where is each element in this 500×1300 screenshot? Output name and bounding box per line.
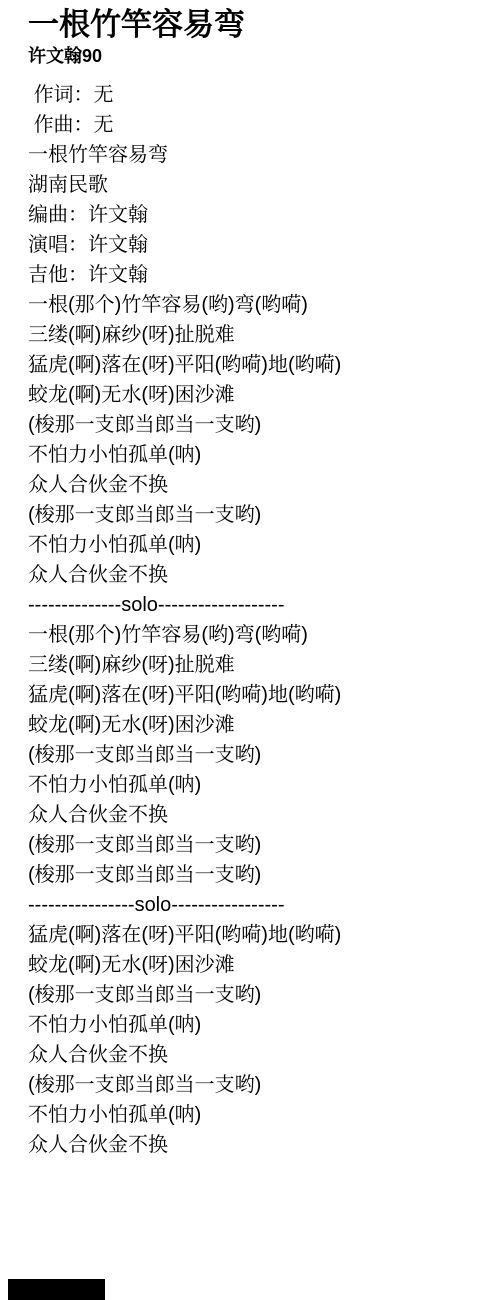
lyric-line: 作曲：无 <box>28 110 500 140</box>
lyric-line: 编曲：许文翰 <box>28 200 500 230</box>
lyric-line: 作词：无 <box>28 80 500 110</box>
lyric-line: 蛟龙(啊)无水(呀)困沙滩 <box>28 950 500 980</box>
lyric-line: ----------------solo----------------- <box>28 890 500 920</box>
lyric-line: (梭那一支郎当郎当一支哟) <box>28 830 500 860</box>
lyric-line: 一根(那个)竹竿容易(哟)弯(哟嗬) <box>28 620 500 650</box>
lyric-line: 不怕力小怕孤单(呐) <box>28 530 500 560</box>
lyric-line: 不怕力小怕孤单(呐) <box>28 1010 500 1040</box>
lyric-line: 猛虎(啊)落在(呀)平阳(哟嗬)地(哟嗬) <box>28 350 500 380</box>
lyrics-block: 作词：无 作曲：无一根竹竿容易弯湖南民歌编曲：许文翰演唱：许文翰吉他：许文翰一根… <box>0 80 500 1160</box>
lyric-line: 一根竹竿容易弯 <box>28 140 500 170</box>
lyrics-page: 一根竹竿容易弯 许文翰90 作词：无 作曲：无一根竹竿容易弯湖南民歌编曲：许文翰… <box>0 0 500 1300</box>
lyric-line: 众人合伙金不换 <box>28 560 500 590</box>
lyric-line: 三缕(啊)麻纱(呀)扯脱难 <box>28 320 500 350</box>
lyric-line: 吉他：许文翰 <box>28 260 500 290</box>
lyric-line: 三缕(啊)麻纱(呀)扯脱难 <box>28 650 500 680</box>
lyric-line: 湖南民歌 <box>28 170 500 200</box>
lyric-line: (梭那一支郎当郎当一支哟) <box>28 500 500 530</box>
lyric-line: 一根(那个)竹竿容易(哟)弯(哟嗬) <box>28 290 500 320</box>
lyric-line: 众人合伙金不换 <box>28 1040 500 1070</box>
lyric-line: 众人合伙金不换 <box>28 800 500 830</box>
artist-name: 许文翰90 <box>0 44 500 68</box>
lyric-line: --------------solo------------------- <box>28 590 500 620</box>
footer-bar <box>8 1279 105 1300</box>
lyric-line: (梭那一支郎当郎当一支哟) <box>28 980 500 1010</box>
lyric-line: (梭那一支郎当郎当一支哟) <box>28 410 500 440</box>
lyric-line: 演唱：许文翰 <box>28 230 500 260</box>
lyric-line: (梭那一支郎当郎当一支哟) <box>28 1070 500 1100</box>
lyric-line: 不怕力小怕孤单(呐) <box>28 1100 500 1130</box>
lyric-line: (梭那一支郎当郎当一支哟) <box>28 860 500 890</box>
page-title: 一根竹竿容易弯 <box>0 0 500 44</box>
lyric-line: 猛虎(啊)落在(呀)平阳(哟嗬)地(哟嗬) <box>28 680 500 710</box>
lyric-line: 众人合伙金不换 <box>28 1130 500 1160</box>
lyric-line: 蛟龙(啊)无水(呀)困沙滩 <box>28 710 500 740</box>
lyric-line: 猛虎(啊)落在(呀)平阳(哟嗬)地(哟嗬) <box>28 920 500 950</box>
lyric-line: 众人合伙金不换 <box>28 470 500 500</box>
lyric-line: 不怕力小怕孤单(呐) <box>28 440 500 470</box>
lyric-line: 蛟龙(啊)无水(呀)困沙滩 <box>28 380 500 410</box>
lyric-line: (梭那一支郎当郎当一支哟) <box>28 740 500 770</box>
lyric-line: 不怕力小怕孤单(呐) <box>28 770 500 800</box>
